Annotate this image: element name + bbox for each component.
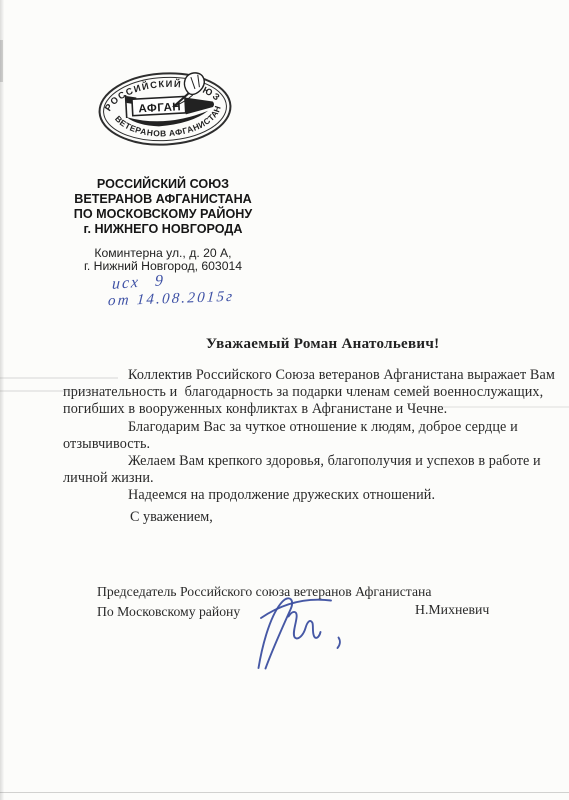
signature-title-line2: По Московскому району xyxy=(97,604,240,620)
address-line: Коминтерна ул., д. 20 А, xyxy=(50,247,276,260)
closing-salutation: С уважением, xyxy=(130,509,213,526)
signature-title-line1: Председатель Российского союза ветеранов… xyxy=(97,584,431,600)
scan-streak xyxy=(0,390,100,392)
body-line: Благодарим Вас за чуткое отношение к люд… xyxy=(63,419,568,436)
body-line: Коллектив Российского Союза ветеранов Аф… xyxy=(63,367,568,384)
body-line: Надеемся на продолжение дружеских отноше… xyxy=(63,487,568,504)
scan-streak xyxy=(430,406,569,408)
org-address-block: Коминтерна ул., д. 20 А, г. Нижний Новго… xyxy=(50,247,276,274)
org-name-line: г. НИЖНЕГО НОВГОРОДА xyxy=(50,222,276,237)
scan-corner-smudge xyxy=(0,40,3,82)
org-name-block: РОССИЙСКИЙ СОЮЗ ВЕТЕРАНОВ АФГАНИСТАНА ПО… xyxy=(50,177,276,237)
body-line: признательность и благодарность за подар… xyxy=(63,384,568,401)
stamp-vehicle-label: АФГАН xyxy=(138,101,181,115)
org-name-line: ВЕТЕРАНОВ АФГАНИСТАНА xyxy=(50,192,276,207)
letter-body: Коллектив Российского Союза ветеранов Аф… xyxy=(63,367,568,505)
letterhead: РОССИЙСКИЙ СОЮЗ ВЕТЕРАНОВ АФГАНИСТАНА ПО… xyxy=(50,177,276,274)
org-stamp: РОССИЙСКИЙ СОЮЗ ВЕТЕРАНОВ АФГАНИСТАНА АФ… xyxy=(94,66,236,151)
org-name-line: РОССИЙСКИЙ СОЮЗ xyxy=(50,177,276,192)
salutation: Уважаемый Роман Анатольевич! xyxy=(206,336,439,353)
handwritten-date: от 14.08.2015г xyxy=(107,289,234,310)
scan-bottom-line xyxy=(0,792,569,793)
scan-streak xyxy=(0,377,118,379)
scan-edge-shadow xyxy=(0,0,5,800)
signatory-name: Н.Михневич xyxy=(415,602,489,618)
body-line: отзывчивость. xyxy=(63,436,568,453)
body-line: личной жизни. xyxy=(63,470,568,487)
body-line: Желаем Вам крепкого здоровья, благополуч… xyxy=(63,453,568,470)
body-line: погибших в вооруженных конфликтах в Афга… xyxy=(63,401,568,418)
org-name-line: ПО МОСКОВСКОМУ РАЙОНУ xyxy=(50,207,276,222)
scanned-letter-page: РОССИЙСКИЙ СОЮЗ ВЕТЕРАНОВ АФГАНИСТАНА АФ… xyxy=(0,0,569,800)
